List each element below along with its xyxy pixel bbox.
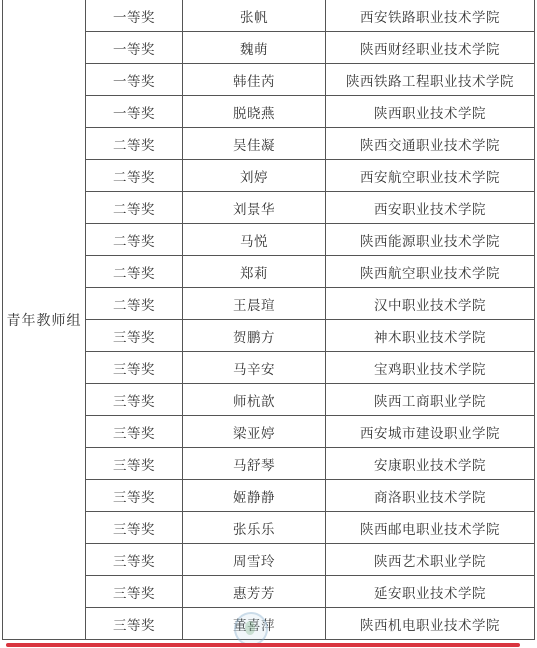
award-cell: 三等奖 [86,448,183,480]
name-cell: 王晨瑄 [183,288,326,320]
school-cell: 陕西航空职业技术学院 [326,256,535,288]
name-cell: 张乐乐 [183,512,326,544]
name-cell: 韩佳芮 [183,64,326,96]
award-cell: 二等奖 [86,256,183,288]
award-cell: 一等奖 [86,96,183,128]
school-cell: 陕西铁路工程职业技术学院 [326,64,535,96]
name-cell: 马辛安 [183,352,326,384]
award-table-body: 青年教师组一等奖张帆西安铁路职业技术学院一等奖魏萌陕西财经职业技术学院一等奖韩佳… [3,0,535,640]
award-cell: 二等奖 [86,128,183,160]
school-cell: 宝鸡职业技术学院 [326,352,535,384]
name-cell: 师杭歆 [183,384,326,416]
school-cell: 西安铁路职业技术学院 [326,0,535,32]
name-cell: 周雪玲 [183,544,326,576]
award-table: 青年教师组一等奖张帆西安铁路职业技术学院一等奖魏萌陕西财经职业技术学院一等奖韩佳… [2,0,535,640]
name-cell: 姬静静 [183,480,326,512]
name-cell: 吴佳凝 [183,128,326,160]
award-cell: 三等奖 [86,352,183,384]
school-cell: 陕西能源职业技术学院 [326,224,535,256]
award-cell: 三等奖 [86,544,183,576]
school-cell: 陕西艺术职业学院 [326,544,535,576]
school-cell: 陕西财经职业技术学院 [326,32,535,64]
award-cell: 二等奖 [86,224,183,256]
award-cell: 一等奖 [86,0,183,32]
award-cell: 三等奖 [86,576,183,608]
name-cell: 郑莉 [183,256,326,288]
award-cell: 三等奖 [86,416,183,448]
school-cell: 陕西职业技术学院 [326,96,535,128]
name-cell: 梁亚婷 [183,416,326,448]
award-cell: 二等奖 [86,288,183,320]
name-cell: 马舒琴 [183,448,326,480]
award-cell: 三等奖 [86,384,183,416]
red-highlight-underline [6,643,520,647]
school-cell: 商洛职业技术学院 [326,480,535,512]
award-cell: 二等奖 [86,160,183,192]
school-cell: 汉中职业技术学院 [326,288,535,320]
school-cell: 西安航空职业技术学院 [326,160,535,192]
school-cell: 西安城市建设职业学院 [326,416,535,448]
school-cell: 陕西工商职业学院 [326,384,535,416]
award-cell: 一等奖 [86,32,183,64]
name-cell: 贺鹏方 [183,320,326,352]
award-cell: 三等奖 [86,608,183,640]
name-cell: 刘景华 [183,192,326,224]
school-cell: 陕西邮电职业技术学院 [326,512,535,544]
school-cell: 神木职业技术学院 [326,320,535,352]
name-cell: 脱晓燕 [183,96,326,128]
school-cell: 安康职业技术学院 [326,448,535,480]
school-cell: 陕西交通职业技术学院 [326,128,535,160]
name-cell: 魏萌 [183,32,326,64]
award-cell: 三等奖 [86,512,183,544]
table-row: 青年教师组一等奖张帆西安铁路职业技术学院 [3,0,535,32]
name-cell: 马悦 [183,224,326,256]
name-cell: 张帆 [183,0,326,32]
award-cell: 三等奖 [86,320,183,352]
school-cell: 陕西机电职业技术学院 [326,608,535,640]
award-cell: 三等奖 [86,480,183,512]
group-cell: 青年教师组 [3,0,86,640]
name-cell: 刘婷 [183,160,326,192]
school-cell: 延安职业技术学院 [326,576,535,608]
watermark-logo-icon [234,612,268,646]
name-cell: 惠芳芳 [183,576,326,608]
award-cell: 一等奖 [86,64,183,96]
award-cell: 二等奖 [86,192,183,224]
school-cell: 西安职业技术学院 [326,192,535,224]
